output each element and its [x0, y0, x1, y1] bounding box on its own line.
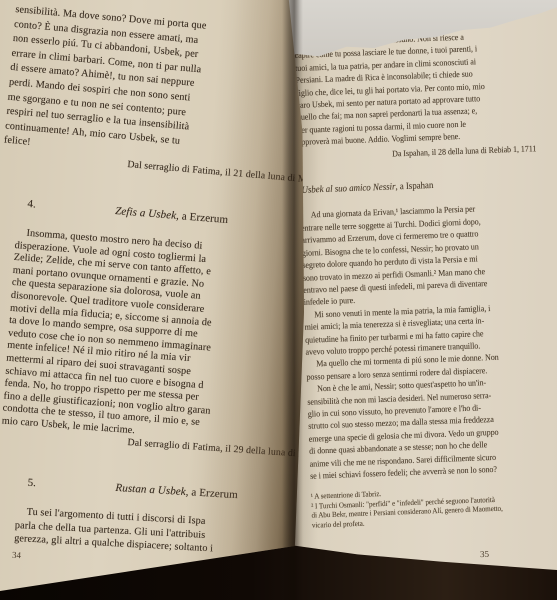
letter4-number: 4. — [15, 197, 116, 218]
letter5-number: 5. — [15, 476, 116, 495]
letter6-title-suffix: , a Ispahan — [395, 180, 433, 192]
page-number-right: 35 — [480, 549, 489, 559]
paragraph-letter6-4: Non è che le ami, Nessir; sotto quest'as… — [307, 373, 557, 482]
letter5-title: Rustan a Usbek — [115, 482, 186, 500]
page-right: difendono; e non persuadono nessuno. Non… — [280, 0, 557, 600]
letter4-title-suffix: , a Erzerum — [176, 210, 229, 228]
paragraph-letter4: Insomma, questo mostro nero ha deciso di… — [1, 227, 347, 452]
paragraph-letter6-1: Ad una giornata da Erivan,¹ lasciammo la… — [300, 199, 557, 308]
letter4-title: Zefis a Usbek — [115, 205, 177, 223]
letter5-title-suffix: , a Erzerum — [185, 486, 238, 502]
page-left: sensibilità. Ma dove sono? Dove mi porta… — [0, 0, 304, 600]
footnotes: ¹ A settentrione di Tabriz.² I Turchi Os… — [311, 482, 557, 530]
page-number-left: 34 — [12, 550, 22, 560]
open-book-photo: difendono; e non persuadono nessuno. Non… — [0, 0, 557, 600]
letter6-title: Usbek al suo amico Nessir — [301, 181, 395, 195]
letter6-heading: Usbek al suo amico Nessir, a Ispahan — [301, 175, 557, 198]
right-page-text: difendono; e non persuadono nessuno. Non… — [294, 27, 557, 530]
paragraph-letter6-2: Mi sono venuti in mente la mia patria, l… — [304, 298, 557, 358]
